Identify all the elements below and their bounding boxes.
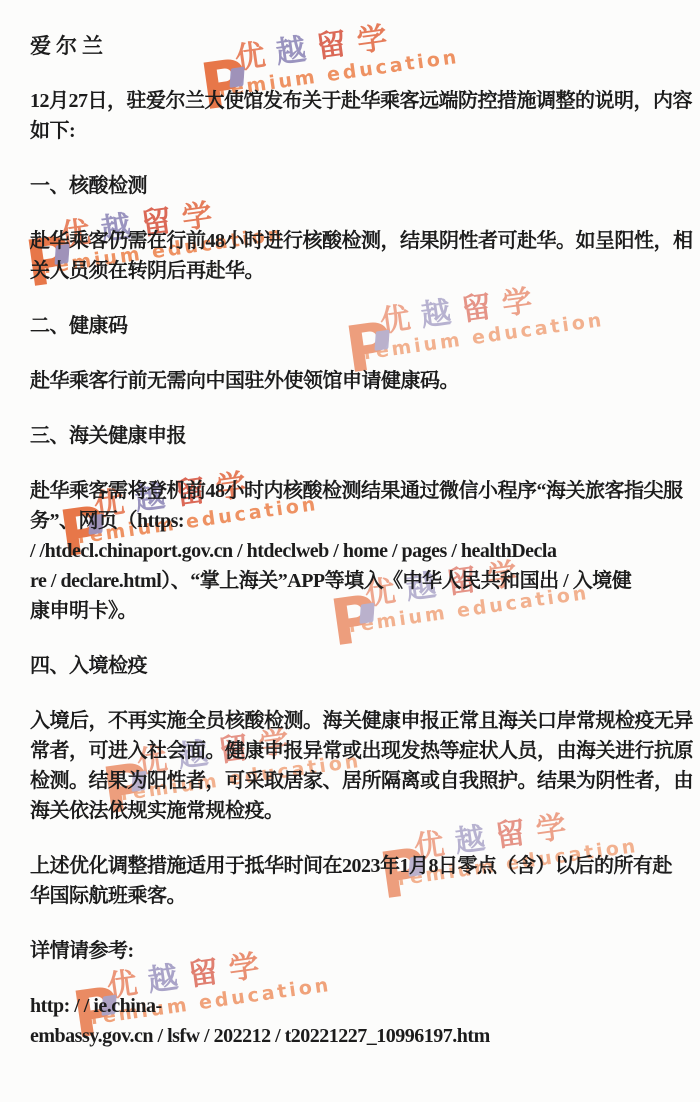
section-3-heading-block: 三、海关健康申报 — [30, 421, 680, 451]
section-4-line: 入境后，不再实施全员核酸检测。海关健康申报正常且海关口岸常规检疫无异 — [30, 706, 680, 736]
reference-label: 详情请参考: — [30, 936, 680, 966]
reference-url-line: embassy.gov.cn / lsfw / 202212 / t202212… — [30, 1021, 680, 1051]
country-title: 爱尔兰 — [30, 31, 680, 61]
closing-line: 上述优化调整措施适用于抵华时间在2023年1月8日零点（含）以后的所有赴 — [30, 851, 680, 881]
section-4-line: 常者，可进入社会面。健康申报异常或出现发热等症状人员，由海关进行抗原 — [30, 736, 680, 766]
section-3-line: 赴华乘客需将登机前48小时内核酸检测结果通过微信小程序“海关旅客指尖服 — [30, 476, 680, 506]
section-1-line: 赴华乘客仍需在行前48小时进行核酸检测，结果阴性者可赴华。如呈阳性，相 — [30, 226, 680, 256]
intro-paragraph: 12月27日，驻爱尔兰大使馆发布关于赴华乘客远端防控措施调整的说明，内容 如下: — [30, 86, 680, 146]
section-1-heading: 一、核酸检测 — [30, 171, 680, 201]
closing-line: 华国际航班乘客。 — [30, 881, 680, 911]
title-block: 爱尔兰 — [30, 31, 680, 61]
section-3-line: 康申明卡》。 — [30, 596, 680, 626]
section-4-heading-block: 四、入境检疫 — [30, 651, 680, 681]
section-2-heading-block: 二、健康码 — [30, 311, 680, 341]
section-3-url-line: / /htdecl.chinaport.gov.cn / htdeclweb /… — [30, 536, 680, 566]
section-1-line: 关人员须在转阴后再赴华。 — [30, 256, 680, 286]
reference-block: 详情请参考: — [30, 936, 680, 966]
section-3-paragraph: 赴华乘客需将登机前48小时内核酸检测结果通过微信小程序“海关旅客指尖服 务”、网… — [30, 476, 680, 626]
section-4-paragraph: 入境后，不再实施全员核酸检测。海关健康申报正常且海关口岸常规检疫无异 常者，可进… — [30, 706, 680, 826]
section-3-line: 务”、网页（https: — [30, 506, 680, 536]
section-1-paragraph: 赴华乘客仍需在行前48小时进行核酸检测，结果阴性者可赴华。如呈阳性，相 关人员须… — [30, 226, 680, 286]
section-3-line: re / declare.html）、“掌上海关”APP等填入《中华人民共和国出… — [30, 566, 680, 596]
section-1-heading-block: 一、核酸检测 — [30, 171, 680, 201]
intro-line: 12月27日，驻爱尔兰大使馆发布关于赴华乘客远端防控措施调整的说明，内容 — [30, 86, 680, 116]
reference-link-block: http: / / ie.china- embassy.gov.cn / lsf… — [30, 991, 680, 1051]
document-content: 爱尔兰 12月27日，驻爱尔兰大使馆发布关于赴华乘客远端防控措施调整的说明，内容… — [0, 0, 700, 1051]
reference-url-line: http: / / ie.china- — [30, 991, 680, 1021]
section-4-heading: 四、入境检疫 — [30, 651, 680, 681]
document-page: P 优越留学 remium education P 优越留学 remium ed… — [0, 0, 700, 1102]
section-2-heading: 二、健康码 — [30, 311, 680, 341]
section-4-line: 检测。结果为阳性者，可采取居家、居所隔离或自我照护。结果为阴性者，由 — [30, 766, 680, 796]
section-3-heading: 三、海关健康申报 — [30, 421, 680, 451]
intro-line: 如下: — [30, 116, 680, 146]
section-2-line: 赴华乘客行前无需向中国驻外使领馆申请健康码。 — [30, 366, 680, 396]
section-4-line: 海关依法依规实施常规检疫。 — [30, 796, 680, 826]
closing-paragraph: 上述优化调整措施适用于抵华时间在2023年1月8日零点（含）以后的所有赴 华国际… — [30, 851, 680, 911]
section-2-paragraph: 赴华乘客行前无需向中国驻外使领馆申请健康码。 — [30, 366, 680, 396]
